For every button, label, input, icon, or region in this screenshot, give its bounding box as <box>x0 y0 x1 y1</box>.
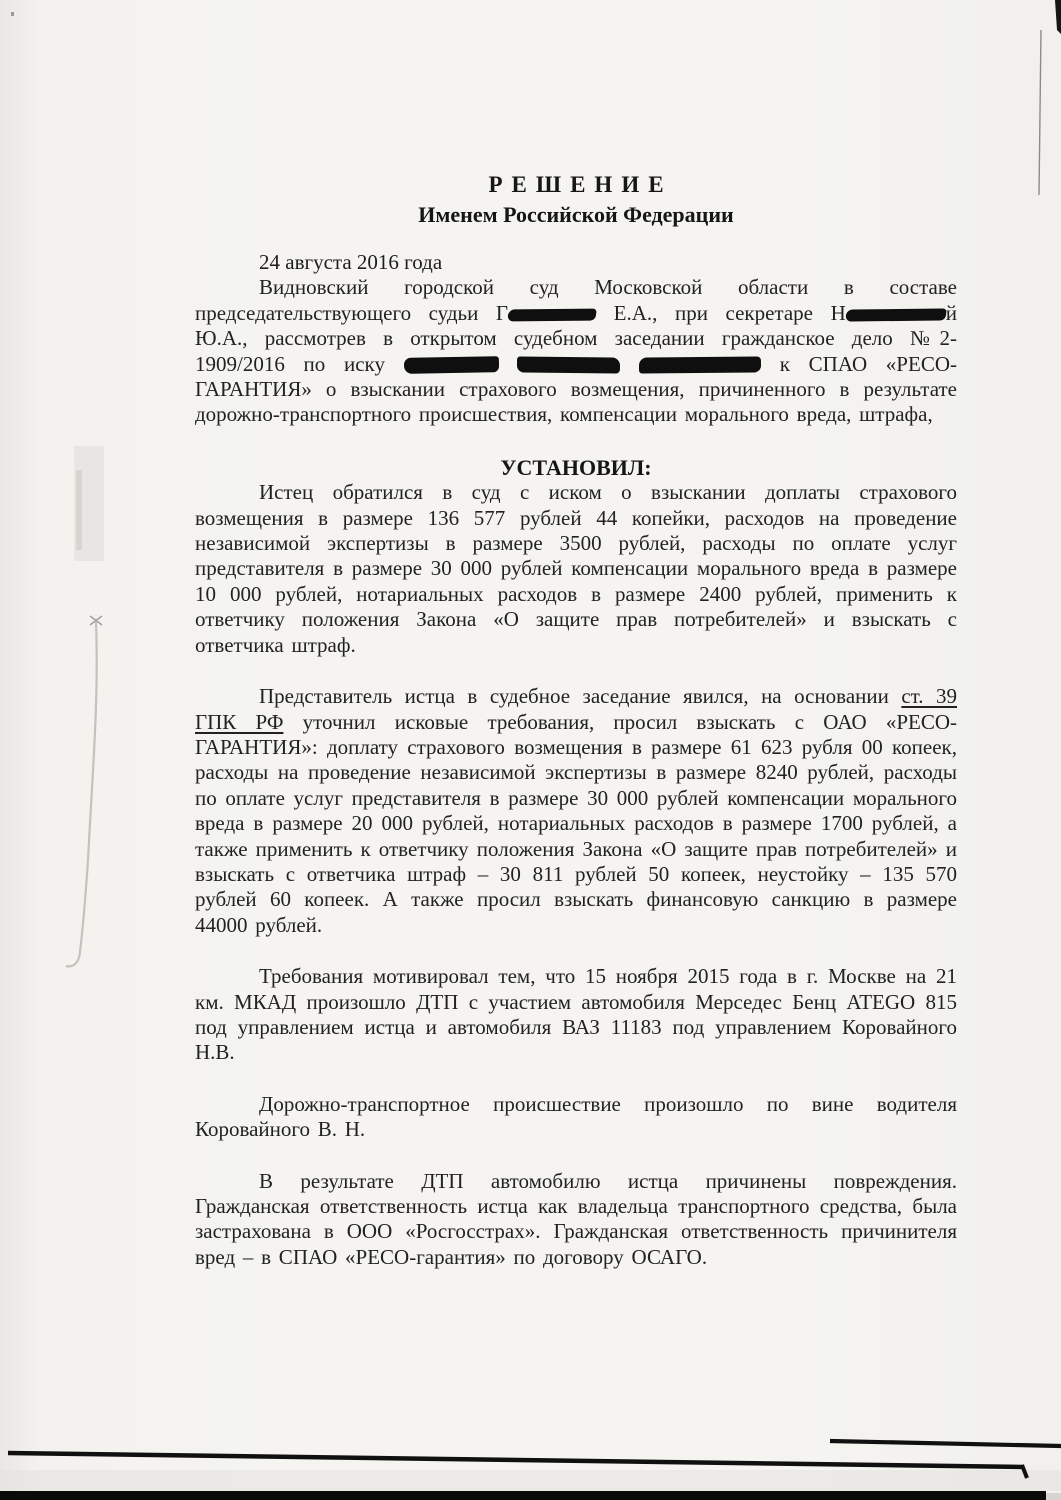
scan-x-mark <box>90 616 102 625</box>
document-body: РЕШЕНИЕ Именем Российской Федерации 24 а… <box>195 170 957 1270</box>
section-heading: УСТАНОВИЛ: <box>195 455 957 480</box>
paragraph-accident-details: Требования мотивировал тем, что 15 ноябр… <box>195 964 957 1066</box>
p2-seg-c: уточнил исковые требования, просил взыск… <box>195 710 957 937</box>
redaction-judge-name <box>507 308 597 321</box>
scan-bottom-strip <box>0 1491 1046 1500</box>
page-corner-hook <box>1022 1465 1027 1478</box>
paragraph-claim: Истец обратился в суд с иском о взыскани… <box>195 480 957 658</box>
page-bottom-edge-right <box>830 1441 1061 1446</box>
scan-smudge <box>74 446 104 561</box>
redaction-plaintiff-surname <box>404 356 499 374</box>
document-subtitle: Именем Российской Федерации <box>195 200 957 229</box>
redaction-plaintiff-patronymic <box>639 356 761 373</box>
scanner-bed-zone <box>0 1470 1061 1491</box>
intro-seg2: Е.А., при секретаре Н <box>596 301 846 325</box>
scan-scratch-left <box>66 622 97 966</box>
redaction-plaintiff-firstname <box>517 356 620 373</box>
redaction-secretary-name <box>845 308 947 321</box>
paragraph-insurance: В результате ДТП автомобилю истца причин… <box>195 1169 957 1271</box>
scan-edge-sliver <box>1055 0 1061 34</box>
paragraph-updated-claim: Представитель истца в судебное заседание… <box>195 684 957 938</box>
scan-scratch-right <box>1039 30 1041 195</box>
p2-seg-a: Представитель истца в судебное заседание… <box>259 684 901 708</box>
scan-smudge-line <box>76 470 82 550</box>
scanned-court-decision-page: РЕШЕНИЕ Именем Российской Федерации 24 а… <box>0 0 1061 1500</box>
paragraph-fault: Дорожно-транспортное происшествие произо… <box>195 1092 957 1143</box>
scan-speck <box>11 12 14 16</box>
page-bottom-edge <box>8 1453 1024 1467</box>
document-title: РЕШЕНИЕ <box>195 170 957 200</box>
scan-bottom-corner <box>1046 1493 1061 1500</box>
intro-paragraph: Видновский городской суд Московской обла… <box>195 275 957 427</box>
date-line: 24 августа 2016 года <box>195 250 957 275</box>
